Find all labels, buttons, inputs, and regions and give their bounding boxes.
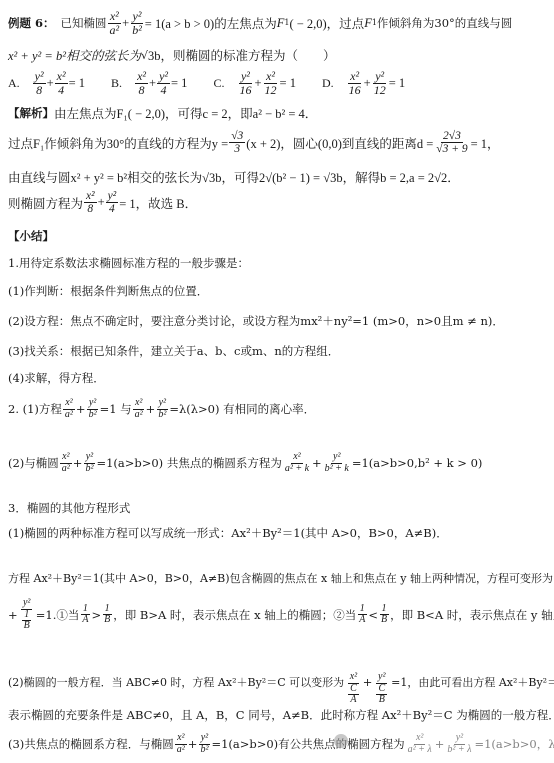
analysis-line-1: 【解析】 由左焦点为F₁( − 2,0)，可得c = 2，即a² − b² = … — [8, 104, 550, 122]
analysis-line-2: 过点F₁作倾斜角为30°的直线的方程为y = √33 (x + 2)，圆心(0,… — [8, 130, 550, 155]
option-b[interactable]: B. x²8 + y²4 = 1 — [111, 70, 187, 96]
summary-section-1-title: 1.用待定系数法求椭圆标准方程的一般步骤是： — [8, 255, 550, 271]
summary-section-3-1: (1)椭圆的两种标准方程可以写成统一形式：Ax²＋By²＝1(其中 A>0，B>… — [8, 525, 550, 541]
summary-step-3: (3)找关系：根据已知条件，建立关于a、b、c或m、n的方程组． — [8, 343, 550, 359]
option-d[interactable]: D. x²16 + y²12 = 1 — [322, 70, 405, 96]
summary-section-3-4: (3)共焦点的椭圆系方程．与椭圆 x²a² + y²b² =1(a>b>0)有公… — [8, 733, 550, 755]
summary-section-2-2: (2)与椭圆 x²a² + y²b² =1(a>b>0) 共焦点的椭圆系方程为 … — [8, 452, 550, 474]
analysis-line-4: 则椭圆方程为 x²8 + y²4 = 1，故选 B． — [8, 190, 550, 215]
summary-step-4: (4)求解，得方程． — [8, 370, 550, 386]
example-stem-line-2: x² + y² = b²相交的弦长为 √ 3b，则椭圆的标准方程为（ ） — [8, 46, 550, 64]
fraction-x2-a2: x²a² — [108, 10, 122, 36]
summary-section-3-title: 3．椭圆的其他方程形式 — [8, 500, 550, 516]
example-label: 例题 6： — [8, 15, 55, 31]
analysis-label: 【解析】 — [8, 105, 54, 121]
sqrt-icon: √ — [141, 49, 148, 62]
summary-section-3-3a: (2)椭圆的一般方程．当 ABC≠0 时，方程 Ax²＋By²＝C 可以变形为 … — [8, 658, 550, 706]
summary-section-2-1: 2. (1)方程 x²a² + y²b² =1 与 x²a² + y²b² =λ… — [8, 398, 550, 420]
stem-text: 作倾斜角为30°的直线与圆 — [377, 15, 512, 31]
watermark-logo-icon — [334, 734, 348, 748]
example-stem-line-1: 例题 6： 已知椭圆 x²a² + y²b² = 1(a > b > 0)的左焦… — [8, 10, 550, 36]
summary-section-3-3b: 表示椭圆的充要条件是 ABC≠0，且 A，B，C 同号，A≠B．此时称方程 Ax… — [8, 707, 550, 723]
summary-section-3-2a: 方程 Ax²＋By²＝1(其中 A>0，B>0，A≠B)包含椭圆的焦点在 x 轴… — [8, 557, 550, 599]
summary-step-1: (1)作判断：根据条件判断焦点的位置． — [8, 283, 550, 299]
summary-label: 【小结】 — [8, 228, 550, 244]
fraction-y2-b2: y²b² — [130, 10, 144, 36]
option-a[interactable]: A. y²8 + x²4 = 1 — [8, 70, 85, 96]
summary-section-3-2b: + y²1B =1.①当 1A > 1B ，即 B>A 时，表示焦点在 x 轴上… — [8, 598, 550, 632]
analysis-line-3: 由直线与圆x² + y² = b²相交的弦长为√3b，可得2√(b² − 1) … — [8, 168, 550, 186]
answer-options: A. y²8 + x²4 = 1 B. x²8 + y²4 = 1 C. y²1… — [8, 70, 550, 96]
stem-text: = 1(a > b > 0)的左焦点为 — [145, 14, 277, 32]
summary-step-2: (2)设方程：焦点不确定时，要注意分类讨论，或设方程为mx²＋ny²=1 (m>… — [8, 313, 550, 329]
option-c[interactable]: C. y²16 + x²12 = 1 — [213, 70, 296, 96]
stem-text: 已知椭圆 — [61, 15, 107, 31]
